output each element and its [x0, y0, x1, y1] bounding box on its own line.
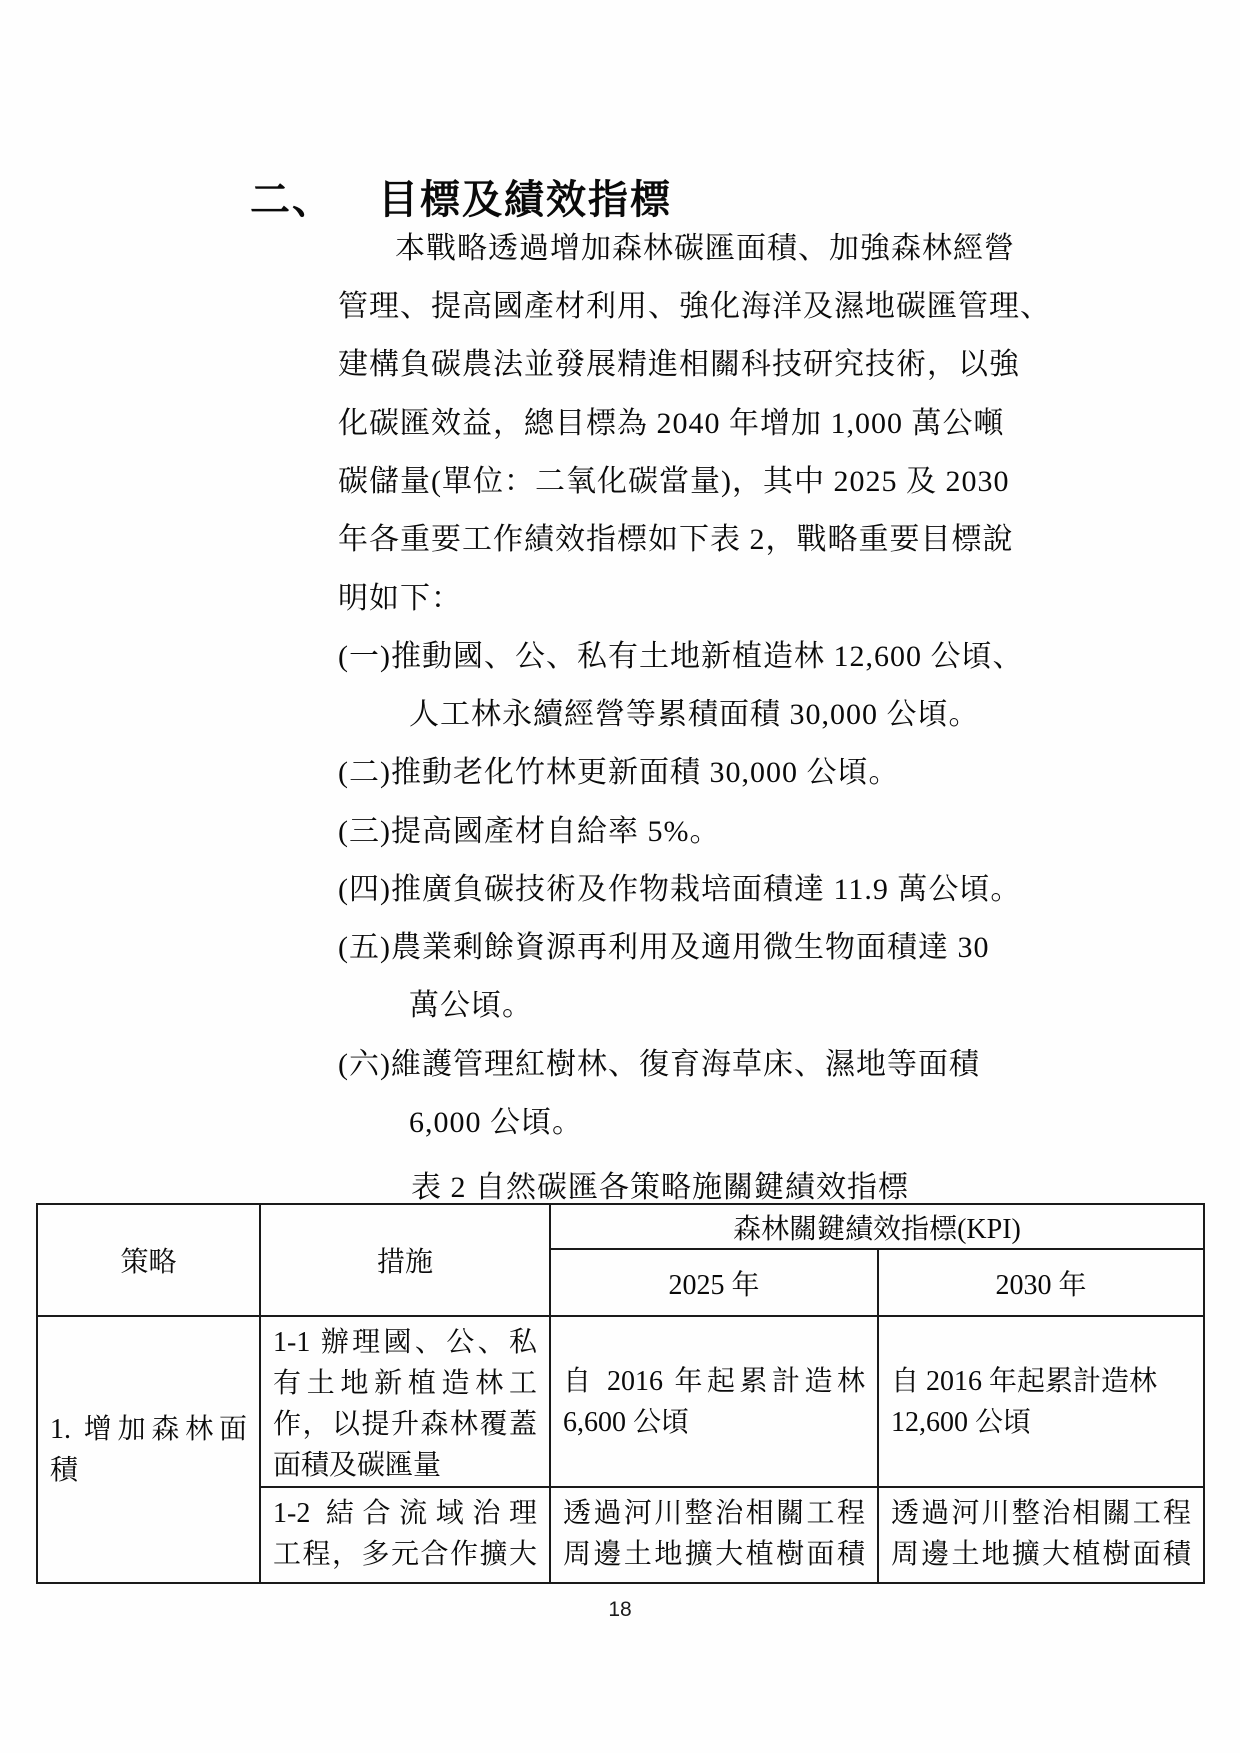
cell-kpi2030-1-1: 自 2016 年起累計造林 12,600 公頃	[878, 1316, 1204, 1487]
cell-line: 1-1 辦理國、公、私	[261, 1317, 549, 1363]
body-line: 建構負碳農法並發展精進相關科技研究技術，以強	[338, 347, 1020, 383]
cell-line: 周邊土地擴大植樹面積	[551, 1534, 877, 1575]
cell-measure-1-2: 1-2 結合流域治理 工程，多元合作擴大	[260, 1487, 550, 1583]
header-strategy: 策略	[37, 1204, 260, 1316]
document-page: 二、目標及績效指標 本戰略透過增加森林碳匯面積、加強森林經營 管理、提高國產材利…	[0, 0, 1240, 1753]
list-item-line: 萬公頃。	[409, 988, 533, 1024]
page-number: 18	[0, 1598, 1240, 1622]
list-item-line: (五)農業剩餘資源再利用及適用微生物面積達 30	[338, 930, 989, 966]
body-line: 化碳匯效益，總目標為 2040 年增加 1,000 萬公噸	[338, 406, 1005, 442]
body-line: 碳儲量(單位：二氧化碳當量)，其中 2025 及 2030	[338, 464, 1009, 500]
list-item-line: (四)推廣負碳技術及作物栽培面積達 11.9 萬公頃。	[338, 872, 1021, 908]
cell-line: 自 2016 年起累計造林	[551, 1361, 877, 1402]
section-heading: 二、目標及績效指標	[250, 168, 672, 225]
table-caption: 表 2 自然碳匯各策略施關鍵績效指標	[411, 1162, 909, 1206]
cell-line: 12,600 公頃	[879, 1402, 1203, 1443]
cell-line: 有土地新植造林工	[261, 1363, 549, 1404]
body-line: 年各重要工作績效指標如下表 2，戰略重要目標說	[338, 522, 1014, 558]
cell-line: 周邊土地擴大植樹面積	[879, 1534, 1203, 1575]
kpi-table: 策略 措施 森林關鍵績效指標(KPI) 2025 年 2030 年 1. 增加森…	[36, 1203, 1205, 1584]
cell-strategy-1: 1. 增加森林面 積	[37, 1316, 260, 1583]
cell-line: 自 2016 年起累計造林	[879, 1361, 1203, 1402]
list-item-line: (一)推動國、公、私有土地新植造林 12,600 公頃、	[338, 639, 1023, 675]
section-numeral: 二、	[250, 177, 334, 222]
header-measure: 措施	[260, 1204, 550, 1316]
header-year-2025: 2025 年	[550, 1249, 878, 1316]
cell-line: 1. 增加森林面	[38, 1409, 259, 1450]
body-line: 本戰略透過增加森林碳匯面積、加強森林經營	[395, 231, 1015, 267]
header-year-2030: 2030 年	[878, 1249, 1204, 1316]
cell-line: 作，以提升森林覆蓋	[261, 1404, 549, 1445]
list-item-line: (六)維護管理紅樹林、復育海草床、濕地等面積	[338, 1047, 980, 1083]
list-item-line: (二)推動老化竹林更新面積 30,000 公頃。	[338, 755, 899, 791]
list-item-line: 人工林永續經營等累積面積 30,000 公頃。	[409, 697, 980, 733]
cell-line: 6,600 公頃	[551, 1402, 877, 1443]
cell-kpi2030-1-2: 透過河川整治相關工程 周邊土地擴大植樹面積	[878, 1487, 1204, 1583]
cell-measure-1-1: 1-1 辦理國、公、私 有土地新植造林工 作，以提升森林覆蓋 面積及碳匯量	[260, 1316, 550, 1487]
section-title: 目標及績效指標	[378, 177, 672, 222]
body-line: 管理、提高國產材利用、強化海洋及濕地碳匯管理、	[338, 289, 1051, 325]
body-line: 明如下：	[338, 581, 462, 617]
cell-line: 工程，多元合作擴大	[261, 1534, 549, 1575]
list-item-line: (三)提高國產材自給率 5%。	[338, 814, 720, 850]
cell-line: 積	[38, 1450, 259, 1491]
cell-line: 透過河川整治相關工程	[551, 1488, 877, 1534]
cell-line: 面積及碳匯量	[261, 1445, 549, 1486]
cell-line: 透過河川整治相關工程	[879, 1488, 1203, 1534]
cell-line: 1-2 結合流域治理	[261, 1488, 549, 1534]
cell-kpi2025-1-1: 自 2016 年起累計造林 6,600 公頃	[550, 1316, 878, 1487]
list-item-line: 6,000 公頃。	[409, 1105, 583, 1141]
header-kpi-group: 森林關鍵績效指標(KPI)	[550, 1204, 1204, 1249]
cell-kpi2025-1-2: 透過河川整治相關工程 周邊土地擴大植樹面積	[550, 1487, 878, 1583]
